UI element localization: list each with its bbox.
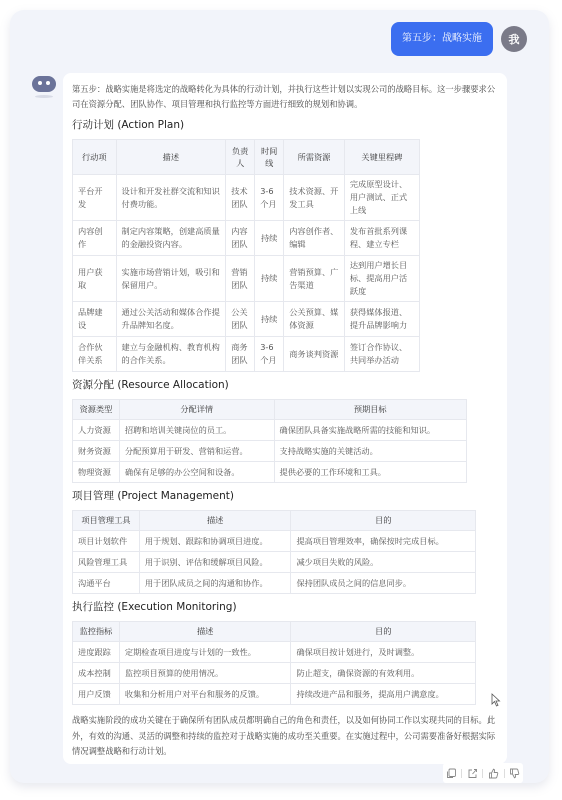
table-cell: 支持战略实施的关键活动。	[274, 441, 467, 462]
bot-avatar-icon	[32, 76, 56, 94]
divider	[504, 769, 505, 778]
table-row: 项目计划软件 用于规划、跟踪和协调项目进度。 提高项目管理效率，确保按时完成目标…	[73, 531, 476, 552]
table-cell: 持续改进产品和服务，提高用户满意度。	[291, 684, 476, 705]
table-cell: 实施市场营销计划，吸引和保留用户。	[116, 256, 226, 302]
closing-paragraph: 战略实施阶段的成功关键在于确保所有团队成员都明确自己的角色和责任，以及如何协同工…	[72, 713, 498, 760]
table-cell: 营销团队	[226, 256, 255, 302]
table-header: 监控指标	[73, 622, 120, 642]
table-header: 目的	[291, 622, 476, 642]
mouse-cursor-icon	[491, 693, 501, 707]
table-cell: 内容团队	[226, 221, 255, 256]
table-cell: 技术团队	[226, 175, 255, 221]
table-cell: 提高项目管理效率，确保按时完成目标。	[291, 531, 476, 552]
table-header: 资源类型	[73, 400, 120, 420]
table-header: 描述	[116, 140, 226, 175]
table-cell: 技术资源、开发工具	[284, 175, 345, 221]
table-cell: 用于识别、评估和缓解项目风险。	[139, 552, 291, 573]
table-cell: 完成原型设计、用户测试、正式上线	[344, 175, 419, 221]
user-avatar: 我	[501, 26, 527, 52]
table-cell: 成本控制	[73, 663, 120, 684]
table-row: 用户反馈 收集和分析用户对平台和服务的反馈。 持续改进产品和服务，提高用户满意度…	[73, 684, 476, 705]
table-cell: 物理资源	[73, 462, 120, 483]
table-cell: 设计和开发社群交流和知识付费功能。	[116, 175, 226, 221]
table-cell: 品牌建设	[73, 302, 117, 337]
table-row: 平台开发 设计和开发社群交流和知识付费功能。 技术团队 3-6个月 技术资源、开…	[73, 175, 420, 221]
table-header: 时间线	[255, 140, 284, 175]
table-cell: 财务资源	[73, 441, 120, 462]
table-row: 品牌建设 通过公关活动和媒体合作提升品牌知名度。 公关团队 持续 公关预算、媒体…	[73, 302, 420, 337]
table-cell: 用户反馈	[73, 684, 120, 705]
table-cell: 监控项目预算的使用情况。	[119, 663, 291, 684]
table-cell: 分配预算用于研发、营销和运营。	[119, 441, 274, 462]
resource-allocation-table: 资源类型 分配详情 预期目标 人力资源 招聘和培训关键岗位的员工。 确保团队具备…	[72, 399, 467, 483]
table-cell: 通过公关活动和媒体合作提升品牌知名度。	[116, 302, 226, 337]
thumbs-up-icon[interactable]	[488, 767, 500, 779]
table-row: 成本控制 监控项目预算的使用情况。 防止超支，确保资源的有效利用。	[73, 663, 476, 684]
table-cell: 确保有足够的办公空间和设备。	[119, 462, 274, 483]
table-cell: 签订合作协议、共同举办活动	[344, 337, 419, 372]
user-message-bubble[interactable]: 第五步：战略实施	[391, 22, 493, 56]
section-title-project-management: 项目管理 (Project Management)	[72, 489, 498, 503]
table-cell: 人力资源	[73, 420, 120, 441]
table-cell: 收集和分析用户对平台和服务的反馈。	[119, 684, 291, 705]
table-header: 项目管理工具	[73, 511, 140, 531]
table-row: 人力资源 招聘和培训关键岗位的员工。 确保团队具备实施战略所需的技能和知识。	[73, 420, 467, 441]
table-row: 内容创作 制定内容策略，创建高质量的金融投资内容。 内容团队 持续 内容创作者、…	[73, 221, 420, 256]
user-message-row: 第五步：战略实施 我	[391, 22, 527, 56]
table-cell: 用户获取	[73, 256, 117, 302]
table-row: 财务资源 分配预算用于研发、营销和运营。 支持战略实施的关键活动。	[73, 441, 467, 462]
table-cell: 达到用户增长目标、提高用户活跃度	[344, 256, 419, 302]
divider	[461, 769, 462, 778]
table-row: 物理资源 确保有足够的办公空间和设备。 提供必要的工作环境和工具。	[73, 462, 467, 483]
project-management-table: 项目管理工具 描述 目的 项目计划软件 用于规划、跟踪和协调项目进度。 提高项目…	[72, 510, 476, 594]
table-cell: 内容创作者、编辑	[284, 221, 345, 256]
table-cell: 持续	[255, 221, 284, 256]
table-cell: 公关预算、媒体资源	[284, 302, 345, 337]
intro-paragraph: 第五步：战略实施是将选定的战略转化为具体的行动计划，并执行这些计划以实现公司的战…	[72, 82, 498, 112]
table-cell: 建立与金融机构、教育机构的合作关系。	[116, 337, 226, 372]
table-cell: 风险管理工具	[73, 552, 140, 573]
table-header: 负责人	[226, 140, 255, 175]
table-cell: 获得媒体报道、提升品牌影响力	[344, 302, 419, 337]
action-plan-table: 行动项 描述 负责人 时间线 所需资源 关键里程碑 平台开发 设计和开发社群交流…	[72, 139, 420, 372]
chat-panel: 第五步：战略实施 我 第五步：战略实施是将选定的战略转化为具体的行动计划，并执行…	[10, 10, 549, 783]
table-cell: 制定内容策略，创建高质量的金融投资内容。	[116, 221, 226, 256]
table-cell: 减少项目失败的风险。	[291, 552, 476, 573]
section-title-execution-monitoring: 执行监控 (Execution Monitoring)	[72, 600, 498, 614]
table-header: 关键里程碑	[344, 140, 419, 175]
table-header: 目的	[291, 511, 476, 531]
section-title-resource-allocation: 资源分配 (Resource Allocation)	[72, 378, 498, 392]
table-cell: 用于规划、跟踪和协调项目进度。	[139, 531, 291, 552]
table-cell: 招聘和培训关键岗位的员工。	[119, 420, 274, 441]
table-row: 沟通平台 用于团队成员之间的沟通和协作。 保持团队成员之间的信息同步。	[73, 573, 476, 594]
table-row: 进度跟踪 定期检查项目进度与计划的一致性。 确保项目按计划进行，及时调整。	[73, 642, 476, 663]
table-header: 描述	[139, 511, 291, 531]
table-cell: 合作伙伴关系	[73, 337, 117, 372]
divider	[482, 769, 483, 778]
execution-monitoring-table: 监控指标 描述 目的 进度跟踪 定期检查项目进度与计划的一致性。 确保项目按计划…	[72, 621, 476, 705]
table-row: 用户获取 实施市场营销计划，吸引和保留用户。 营销团队 持续 营销预算、广告渠道…	[73, 256, 420, 302]
table-cell: 平台开发	[73, 175, 117, 221]
table-cell: 确保项目按计划进行，及时调整。	[291, 642, 476, 663]
table-cell: 进度跟踪	[73, 642, 120, 663]
table-row: 合作伙伴关系 建立与金融机构、教育机构的合作关系。 商务团队 3-6个月 商务谈…	[73, 337, 420, 372]
table-header: 描述	[119, 622, 291, 642]
table-cell: 定期检查项目进度与计划的一致性。	[119, 642, 291, 663]
table-header: 预期目标	[274, 400, 467, 420]
table-cell: 商务谈判资源	[284, 337, 345, 372]
table-cell: 防止超支，确保资源的有效利用。	[291, 663, 476, 684]
thumbs-down-icon[interactable]	[509, 767, 521, 779]
table-cell: 内容创作	[73, 221, 117, 256]
table-cell: 项目计划软件	[73, 531, 140, 552]
table-cell: 沟通平台	[73, 573, 140, 594]
table-cell: 发布首批系列课程、建立专栏	[344, 221, 419, 256]
table-cell: 商务团队	[226, 337, 255, 372]
table-cell: 3-6个月	[255, 175, 284, 221]
section-title-action-plan: 行动计划 (Action Plan)	[72, 118, 498, 132]
table-cell: 提供必要的工作环境和工具。	[274, 462, 467, 483]
table-header: 行动项	[73, 140, 117, 175]
table-row: 风险管理工具 用于识别、评估和缓解项目风险。 减少项目失败的风险。	[73, 552, 476, 573]
share-icon[interactable]	[466, 767, 478, 779]
table-cell: 持续	[255, 302, 284, 337]
table-cell: 确保团队具备实施战略所需的技能和知识。	[274, 420, 467, 441]
table-header: 分配详情	[119, 400, 274, 420]
table-cell: 营销预算、广告渠道	[284, 256, 345, 302]
copy-icon[interactable]	[445, 767, 457, 779]
table-cell: 用于团队成员之间的沟通和协作。	[139, 573, 291, 594]
message-actions-bar	[443, 763, 523, 783]
table-cell: 保持团队成员之间的信息同步。	[291, 573, 476, 594]
table-cell: 公关团队	[226, 302, 255, 337]
table-cell: 3-6个月	[255, 337, 284, 372]
assistant-message: 第五步：战略实施是将选定的战略转化为具体的行动计划，并执行这些计划以实现公司的战…	[63, 73, 507, 764]
table-cell: 持续	[255, 256, 284, 302]
table-header: 所需资源	[284, 140, 345, 175]
